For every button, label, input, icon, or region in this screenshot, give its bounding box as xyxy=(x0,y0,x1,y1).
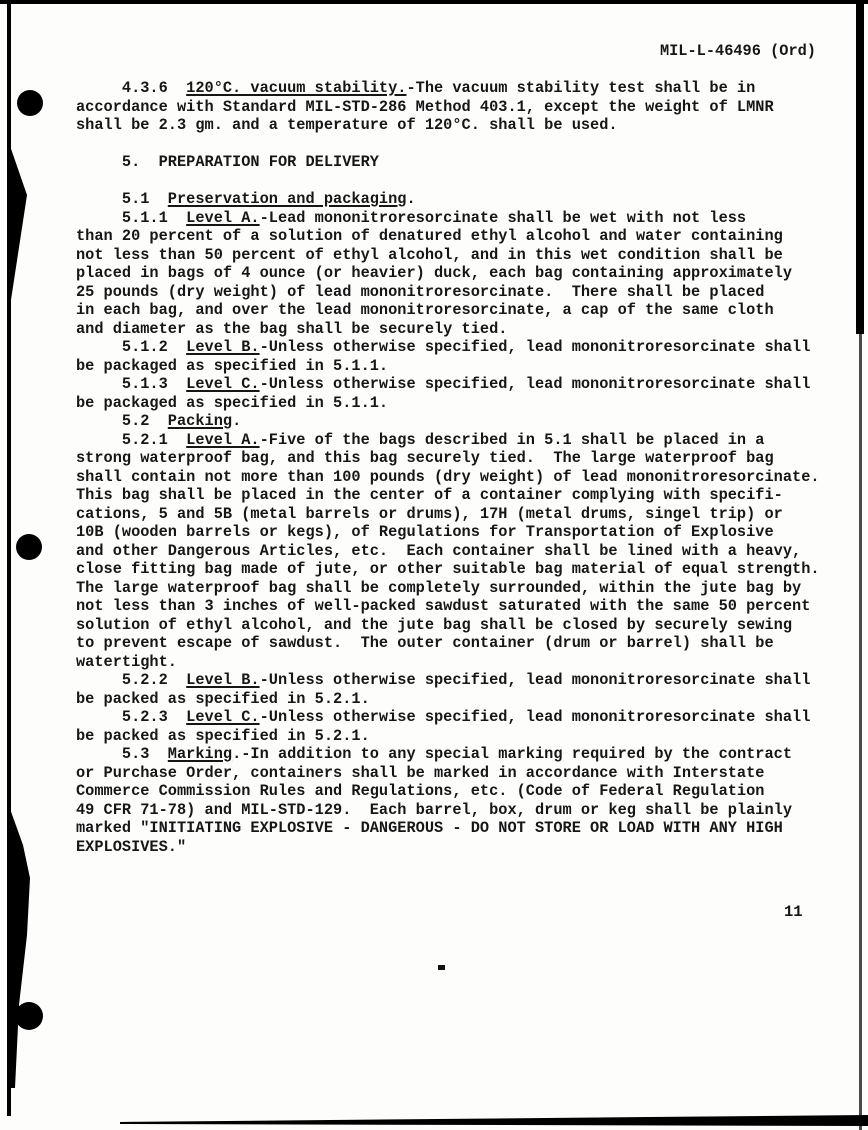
document-line: not less than 50 percent of ethyl alcoho… xyxy=(76,246,832,265)
text-segment: marked "INITIATING EXPLOSIVE - DANGEROUS… xyxy=(76,819,783,837)
text-segment: 5.1.1 xyxy=(76,209,186,227)
text-segment: 5.3 xyxy=(76,745,168,763)
document-line: 4.3.6 120°C. vacuum stability.-The vacuu… xyxy=(76,79,832,98)
text-segment: be packaged as specified in 5.1.1. xyxy=(76,357,388,375)
text-segment: and diameter as the bag shall be securel… xyxy=(76,320,507,338)
document-line: 5. PREPARATION FOR DELIVERY xyxy=(76,153,832,172)
document-line: than 20 percent of a solution of denatur… xyxy=(76,227,832,246)
document-line: in each bag, and over the lead mononitro… xyxy=(76,301,832,320)
text-segment: -The vacuum stability test shall be in xyxy=(406,79,755,97)
text-segment: 5.2.2 xyxy=(76,671,186,689)
text-segment: 25 pounds (dry weight) of lead mononitro… xyxy=(76,283,764,301)
blank-line xyxy=(76,172,832,191)
text-segment: . xyxy=(406,190,415,208)
document-line: be packaged as specified in 5.1.1. xyxy=(76,394,832,413)
hole-punch-mark-3 xyxy=(15,1002,43,1030)
text-segment: 5.1 xyxy=(76,190,168,208)
ink-speck xyxy=(438,965,445,970)
text-segment: to prevent escape of sawdust. The outer … xyxy=(76,634,774,652)
text-segment: 5.2.3 xyxy=(76,708,186,726)
document-line: and diameter as the bag shall be securel… xyxy=(76,320,832,339)
text-segment: -Lead mononitroresorcinate shall be wet … xyxy=(260,209,747,227)
document-line: watertight. xyxy=(76,653,832,672)
underlined-text-segment: Level A. xyxy=(186,209,259,227)
scan-edge-right-thin xyxy=(859,334,862,1130)
underlined-text-segment: Marking xyxy=(168,745,232,763)
text-segment: 49 CFR 71-78) and MIL-STD-129. Each barr… xyxy=(76,801,792,819)
document-line: 5.2.1 Level A.-Five of the bags describe… xyxy=(76,431,832,450)
scan-edge-top xyxy=(0,0,868,4)
text-segment: cations, 5 and 5B (metal barrels or drum… xyxy=(76,505,783,523)
underlined-text-segment: Preservation and packaging xyxy=(168,190,407,208)
text-segment: .-In addition to any special marking req… xyxy=(232,745,792,763)
text-segment: -Unless otherwise specified, lead mononi… xyxy=(260,708,811,726)
document-line: accordance with Standard MIL-STD-286 Met… xyxy=(76,98,832,117)
document-line: 5.3 Marking.-In addition to any special … xyxy=(76,745,832,764)
text-segment: be packed as specified in 5.2.1. xyxy=(76,727,370,745)
scan-edge-left xyxy=(7,0,11,1116)
underlined-text-segment: 120°C. vacuum stability. xyxy=(186,79,406,97)
text-segment: 4.3.6 xyxy=(76,79,186,97)
scan-edge-right-thick xyxy=(856,0,864,334)
text-segment: shall be 2.3 gm. and a temperature of 12… xyxy=(76,116,618,134)
hole-punch-mark-2 xyxy=(16,534,42,560)
document-line: cations, 5 and 5B (metal barrels or drum… xyxy=(76,505,832,524)
document-line: shall be 2.3 gm. and a temperature of 12… xyxy=(76,116,832,135)
text-segment: -Unless otherwise specified, lead mononi… xyxy=(260,375,811,393)
document-line: This bag shall be placed in the center o… xyxy=(76,486,832,505)
document-line: 5.1.1 Level A.-Lead mononitroresorcinate… xyxy=(76,209,832,228)
document-line: 5.2 Packing. xyxy=(76,412,832,431)
text-segment: not less than 50 percent of ethyl alcoho… xyxy=(76,246,783,264)
blank-line xyxy=(76,61,832,80)
document-line: 25 pounds (dry weight) of lead mononitro… xyxy=(76,283,832,302)
text-segment: -Unless otherwise specified, lead mononi… xyxy=(260,338,811,356)
document-line: strong waterproof bag, and this bag secu… xyxy=(76,449,832,468)
document-line: Commerce Commission Rules and Regulation… xyxy=(76,782,832,801)
document-line: or Purchase Order, containers shall be m… xyxy=(76,764,832,783)
document-line: not less than 3 inches of well-packed sa… xyxy=(76,597,832,616)
hole-punch-mark-1 xyxy=(17,90,43,116)
text-segment: 5.2 xyxy=(76,412,168,430)
text-segment: 10B (wooden barrels or kegs), of Regulat… xyxy=(76,523,774,541)
document-line: 5.1 Preservation and packaging. xyxy=(76,190,832,209)
document-content: MIL-L-46496 (Ord) 4.3.6 120°C. vacuum st… xyxy=(76,42,832,856)
document-line: placed in bags of 4 ounce (or heavier) d… xyxy=(76,264,832,283)
document-line: 5.2.2 Level B.-Unless otherwise specifie… xyxy=(76,671,832,690)
underlined-text-segment: Level B. xyxy=(186,338,259,356)
text-segment: in each bag, and over the lead mononitro… xyxy=(76,301,774,319)
text-segment: EXPLOSIVES." xyxy=(76,838,186,856)
document-line: 5.1.2 Level B.-Unless otherwise specifie… xyxy=(76,338,832,357)
underlined-text-segment: Level A. xyxy=(186,431,259,449)
page-number: 11 xyxy=(784,903,803,922)
document-line: close fitting bag made of jute, or other… xyxy=(76,560,832,579)
document-line: 10B (wooden barrels or kegs), of Regulat… xyxy=(76,523,832,542)
underlined-text-segment: Packing xyxy=(168,412,232,430)
text-segment: 5.1.3 xyxy=(76,375,186,393)
text-segment: watertight. xyxy=(76,653,177,671)
text-segment: accordance with Standard MIL-STD-286 Met… xyxy=(76,98,774,116)
document-line: solution of ethyl alcohol, and the jute … xyxy=(76,616,832,635)
text-segment: -Five of the bags described in 5.1 shall… xyxy=(260,431,765,449)
text-segment: solution of ethyl alcohol, and the jute … xyxy=(76,616,792,634)
text-segment: strong waterproof bag, and this bag secu… xyxy=(76,449,774,467)
scanned-document-page: MIL-L-46496 (Ord) 4.3.6 120°C. vacuum st… xyxy=(0,0,868,1130)
text-segment: or Purchase Order, containers shall be m… xyxy=(76,764,764,782)
text-segment: be packed as specified in 5.2.1. xyxy=(76,690,370,708)
text-segment: close fitting bag made of jute, or other… xyxy=(76,560,820,578)
document-line: and other Dangerous Articles, etc. Each … xyxy=(76,542,832,561)
ink-wedge-bottom xyxy=(9,806,30,1088)
document-line: shall contain not more than 100 pounds (… xyxy=(76,468,832,487)
text-segment: shall contain not more than 100 pounds (… xyxy=(76,468,820,486)
document-line: The large waterproof bag shall be comple… xyxy=(76,579,832,598)
text-segment: than 20 percent of a solution of denatur… xyxy=(76,227,783,245)
document-line: EXPLOSIVES." xyxy=(76,838,832,857)
text-segment: be packaged as specified in 5.1.1. xyxy=(76,394,388,412)
document-line: be packed as specified in 5.2.1. xyxy=(76,727,832,746)
document-lines: 4.3.6 120°C. vacuum stability.-The vacuu… xyxy=(76,61,832,857)
document-line: to prevent escape of sawdust. The outer … xyxy=(76,634,832,653)
document-id-header: MIL-L-46496 (Ord) xyxy=(76,42,832,61)
text-segment: not less than 3 inches of well-packed sa… xyxy=(76,597,810,615)
blank-line xyxy=(76,135,832,154)
scan-edge-bottom xyxy=(120,1115,868,1126)
text-segment: 5.1.2 xyxy=(76,338,186,356)
document-line: be packed as specified in 5.2.1. xyxy=(76,690,832,709)
document-line: 49 CFR 71-78) and MIL-STD-129. Each barr… xyxy=(76,801,832,820)
underlined-text-segment: Level C. xyxy=(186,375,259,393)
text-segment: . xyxy=(232,412,241,430)
text-segment: This bag shall be placed in the center o… xyxy=(76,486,783,504)
text-segment: The large waterproof bag shall be comple… xyxy=(76,579,801,597)
text-segment: Commerce Commission Rules and Regulation… xyxy=(76,782,764,800)
text-segment: placed in bags of 4 ounce (or heavier) d… xyxy=(76,264,792,282)
underlined-text-segment: Level C. xyxy=(186,708,259,726)
document-line: marked "INITIATING EXPLOSIVE - DANGEROUS… xyxy=(76,819,832,838)
text-segment: -Unless otherwise specified, lead mononi… xyxy=(260,671,811,689)
document-line: be packaged as specified in 5.1.1. xyxy=(76,357,832,376)
document-line: 5.2.3 Level C.-Unless otherwise specifie… xyxy=(76,708,832,727)
text-segment: and other Dangerous Articles, etc. Each … xyxy=(76,542,801,560)
ink-wedge-top xyxy=(9,143,27,313)
text-segment: 5. PREPARATION FOR DELIVERY xyxy=(76,153,379,171)
text-segment: 5.2.1 xyxy=(76,431,186,449)
underlined-text-segment: Level B. xyxy=(186,671,259,689)
document-line: 5.1.3 Level C.-Unless otherwise specifie… xyxy=(76,375,832,394)
